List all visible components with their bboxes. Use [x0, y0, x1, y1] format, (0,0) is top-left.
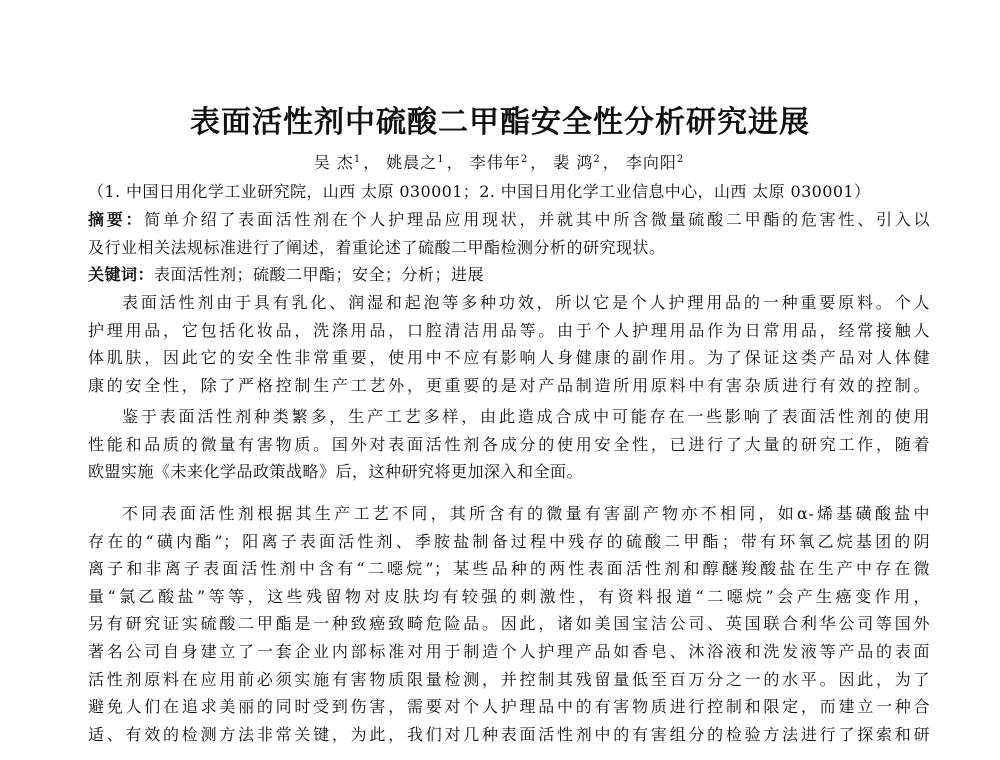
keywords: 关键词：表面活性剂；硫酸二甲酯；安全；分析；进展	[88, 261, 930, 289]
abstract-label: 摘要：	[88, 210, 144, 229]
paragraph-line: 体肌肤，因此它的安全性非常重要，使用中不应有影响人身健康的副作用。为了保证这类产…	[88, 344, 930, 372]
paragraph-line: 鉴于表面活性剂种类繁多，生产工艺多样，由此造成合成中可能存在一些影响了表面活性剂…	[88, 403, 930, 431]
paragraph-line: 量“氯乙酸盐”等等，这些残留物对皮肤均有较强的刺激性，有资料报道“二噁烷”会产生…	[88, 583, 930, 611]
author-separator: ，	[603, 153, 620, 172]
paragraph-line: 著名公司自身建立了一套企业内部标准对用于制造个人护理产品如香皂、沐浴液和洗发液等…	[88, 638, 930, 666]
author-name: 吴 杰	[314, 153, 354, 172]
author-name: 李伟年	[470, 153, 521, 172]
affiliation: （1. 中国日用化学工业研究院，山西 太原 030001；2. 中国日用化学工业…	[88, 179, 928, 202]
abstract-line: 及行业相关法规标准进行了阐述，着重论述了硫酸二甲酯检测分析的研究现状。	[88, 234, 930, 262]
paragraph-line: 表面活性剂由于具有乳化、润湿和起泡等多种功效，所以它是个人护理用品的一种重要原料…	[88, 289, 930, 317]
paper-title: 表面活性剂中硫酸二甲酯安全性分析研究进展	[0, 97, 1000, 141]
author-name: 姚晨之	[386, 153, 437, 172]
body-paragraph-3: 不同表面活性剂根据其生产工艺不同，其所含有的微量有害副产物亦不相同，如α-烯基磺…	[88, 500, 930, 748]
author-separator: ，	[363, 153, 380, 172]
paragraph-line: 避免人们在追求美丽的同时受到伤害，需要对个人护理品中的有害物质进行控制和限定，而…	[88, 693, 930, 721]
author-separator: ，	[530, 153, 547, 172]
abstract: 摘要：简单介绍了表面活性剂在个人护理品应用现状，并就其中所含微量硫酸二甲酯的危害…	[88, 206, 930, 289]
author-name: 李向阳	[626, 153, 677, 172]
paragraph-line: 性能和品质的微量有害物质。国外对表面活性剂各成分的使用安全性，已进行了大量的研究…	[88, 431, 930, 459]
abstract-text: 简单介绍了表面活性剂在个人护理品应用现状，并就其中所含微量硫酸二甲酯的危害性、引…	[144, 210, 930, 229]
paragraph-line: 欧盟实施《未来化学品政策战略》后，这种研究将更加深入和全面。	[88, 458, 930, 486]
body-paragraph-1: 表面活性剂由于具有乳化、润湿和起泡等多种功效，所以它是个人护理用品的一种重要原料…	[88, 289, 930, 399]
paragraph-line: 离子和非离子表面活性剂中含有“二噁烷”；某些品种的两性表面活性剂和醇醚羧酸盐在生…	[88, 555, 930, 583]
author-affiliation-mark: 2	[521, 154, 528, 165]
keywords-text: 表面活性剂；硫酸二甲酯；安全；分析；进展	[154, 265, 484, 284]
author-affiliation-mark: 1	[354, 154, 361, 165]
paragraph-line: 活性剂原料在应用前必须实施有害物质限量检测，并控制其残留量低至百万分之一的水平。…	[88, 666, 930, 694]
paragraph-line: 康的安全性，除了严格控制生产工艺外，更重要的是对产品制造所用原料中有害杂质进行有…	[88, 372, 930, 400]
author-separator: ，	[447, 153, 464, 172]
keywords-label: 关键词：	[88, 265, 154, 284]
paragraph-line: 存在的“磺内酯”；阳离子表面活性剂、季胺盐制备过程中残存的硫酸二甲酯；带有环氧乙…	[88, 528, 930, 556]
paragraph-line: 适、有效的检测方法非常关键，为此，我们对几种表面活性剂中的有害组分的检验方法进行…	[88, 721, 930, 749]
paragraph-line: 不同表面活性剂根据其生产工艺不同，其所含有的微量有害副产物亦不相同，如α-烯基磺…	[88, 500, 930, 528]
author-affiliation-mark: 2	[593, 154, 600, 165]
body-paragraph-2: 鉴于表面活性剂种类繁多，生产工艺多样，由此造成合成中可能存在一些影响了表面活性剂…	[88, 403, 930, 486]
paragraph-line: 护理用品，它包括化妆品，洗涤用品，口腔清洁用品等。由于个人护理用品作为日常用品，…	[88, 317, 930, 345]
author-affiliation-mark: 1	[437, 154, 444, 165]
abstract-line: 摘要：简单介绍了表面活性剂在个人护理品应用现状，并就其中所含微量硫酸二甲酯的危害…	[88, 206, 930, 234]
author-list: 吴 杰1， 姚晨之1， 李伟年2， 裴 鸿2， 李向阳2	[0, 150, 1000, 173]
author-name: 裴 鸿	[553, 153, 593, 172]
author-affiliation-mark: 2	[677, 154, 684, 165]
paragraph-line: 另有研究证实硫酸二甲酯是一种致癌致畸危险品。因此，诸如美国宝洁公司、英国联合利华…	[88, 610, 930, 638]
